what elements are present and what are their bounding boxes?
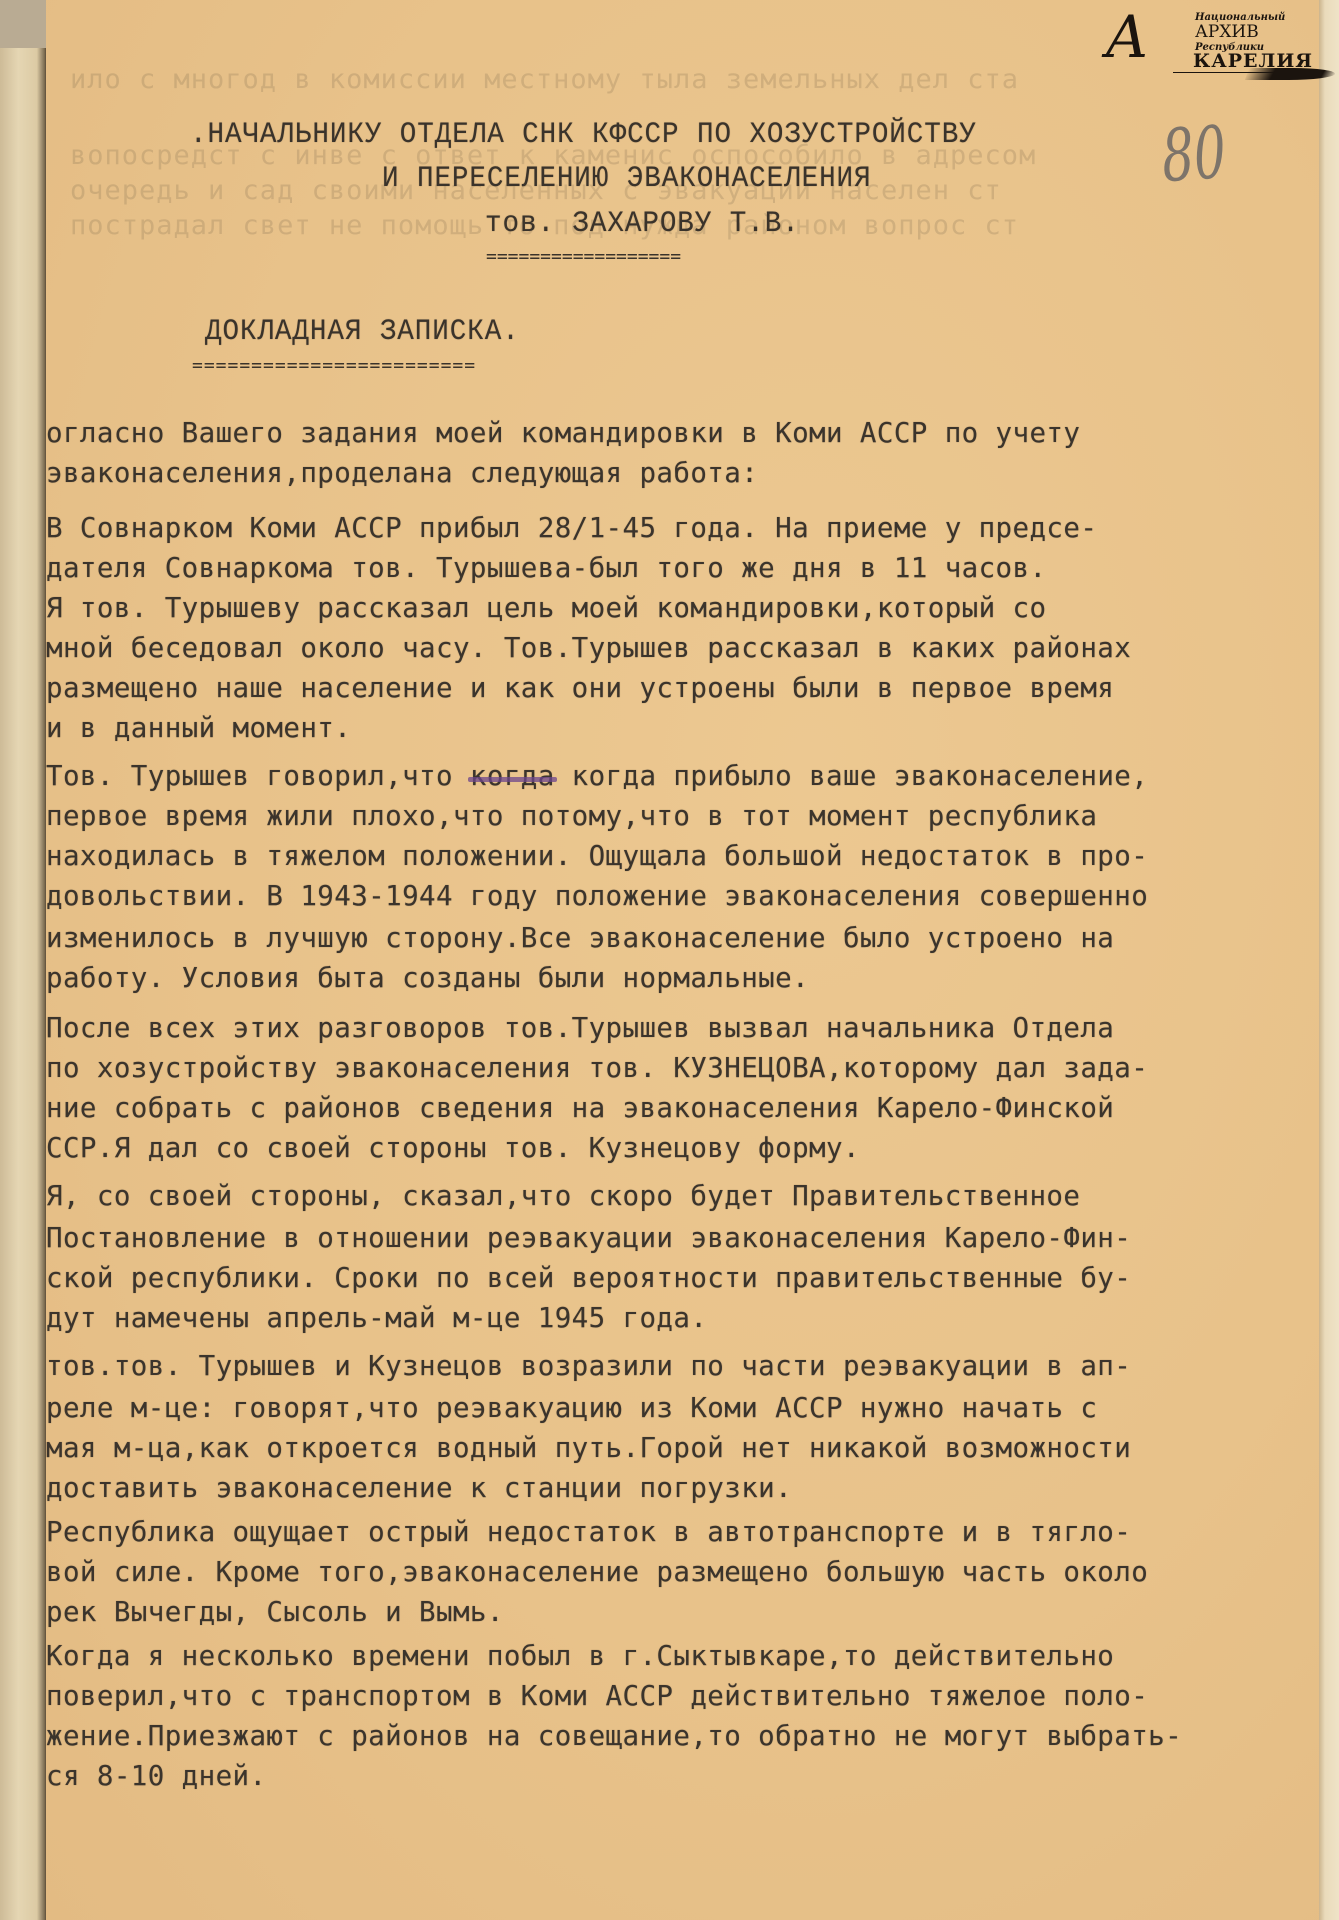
- body-line: мной беседовал около часу. Тов.Турышев р…: [46, 632, 1131, 664]
- body-line-start: Тов. Турышев говорил,что: [46, 760, 470, 792]
- body-line: реле м-це: говорят,что реэвакуацию из Ко…: [46, 1392, 1097, 1424]
- body-line: огласно Вашего задания моей командировки…: [46, 417, 1080, 449]
- body-line: В Совнарком Коми АССР прибыл 28/1-45 год…: [46, 512, 1097, 544]
- addressee-line-2: И ПЕРЕСЕЛЕНИЮ ЭВАКОНАСЕЛЕНИЯ: [382, 162, 872, 196]
- body-line: поверил,что с транспортом в Коми АССР де…: [46, 1680, 1148, 1712]
- body-line: Когда я несколько времени побыл в г.Сыкт…: [46, 1640, 1114, 1672]
- struck-word: когда: [470, 760, 555, 792]
- binding-shadow: [0, 0, 46, 48]
- body-line: дателя Совнаркома тов. Турышева-был того…: [46, 552, 1046, 584]
- logo-initial: А: [1105, 8, 1149, 66]
- body-line: тов.тов. Турышев и Кузнецов возразили по…: [46, 1350, 1131, 1382]
- body-line: находилась в тяжелом положении. Ощущала …: [46, 840, 1148, 872]
- body-line: жение.Приезжают с районов на совещание,т…: [46, 1720, 1182, 1752]
- bleed-through-text: ило с многод в комиссии местному тыла зе…: [70, 64, 1019, 95]
- body-line: и в данный момент.: [46, 712, 351, 744]
- body-line: размещено наше население и как они устро…: [46, 672, 1114, 704]
- body-line: Я тов. Турышеву рассказал цель моей кома…: [46, 592, 1046, 624]
- body-line: рек Вычегды, Сысоль и Вымь.: [46, 1596, 504, 1628]
- archive-page-number: 80: [1159, 110, 1229, 198]
- body-line: изменилось в лучшую сторону.Все эваконас…: [46, 922, 1114, 954]
- document-page: [46, 0, 1319, 1920]
- body-line: первое время жили плохо,что потому,что в…: [46, 800, 1097, 832]
- body-line: по хозустройству эваконаселения тов. КУЗ…: [46, 1052, 1148, 1084]
- body-line: ся 8-10 дней.: [46, 1760, 266, 1792]
- body-line: дут намечены апрель-май м-це 1945 года.: [46, 1302, 707, 1334]
- title-rule: ========================: [192, 355, 476, 376]
- body-line: мая м-ца,как откроется водный путь.Горой…: [46, 1432, 1131, 1464]
- body-line: эваконаселения,проделана следующая работ…: [46, 457, 758, 489]
- archive-logo: А Национальный АРХИВ Республики КАРЕЛИЯ: [1097, 4, 1337, 84]
- quill-icon: [1245, 68, 1337, 80]
- body-line: доставить эваконаселение к станции погру…: [46, 1472, 792, 1504]
- next-page-edge: [1319, 0, 1339, 1920]
- body-line: ние собрать с районов сведения на эвакон…: [46, 1092, 1114, 1124]
- body-line: Я, со своей стороны, сказал,что скоро бу…: [46, 1180, 1080, 1212]
- body-line: ской республики. Сроки по всей вероятнос…: [46, 1262, 1131, 1294]
- body-line: довольствии. В 1943-1944 году положение …: [46, 880, 1148, 912]
- body-line: работу. Условия быта созданы были нормал…: [46, 962, 809, 994]
- body-line-with-strikethrough: Тов. Турышев говорил,что когда когда при…: [46, 760, 1148, 792]
- logo-archive: АРХИВ: [1195, 22, 1259, 42]
- body-line: После всех этих разговоров тов.Турышев в…: [46, 1012, 1114, 1044]
- body-line: Республика ощущает острый недостаток в а…: [46, 1516, 1131, 1548]
- body-line: ССР.Я дал со своей стороны тов. Кузнецов…: [46, 1132, 860, 1164]
- addressee-line-1: .НАЧАЛЬНИКУ ОТДЕЛА СНК КФССР ПО ХОЗУСТРО…: [190, 118, 977, 152]
- body-line: вой силе. Кроме того,эваконаселение разм…: [46, 1556, 1148, 1588]
- body-line: Постановление в отношении реэвакуации эв…: [46, 1222, 1131, 1254]
- binding-strip: [0, 0, 46, 1920]
- body-line-end: когда прибыло ваше эваконаселение,: [555, 760, 1148, 792]
- addressee-name: тов. ЗАХАРОВУ Т.В.: [485, 207, 800, 241]
- addressee-rule: ==================: [486, 246, 681, 267]
- document-title: ДОКЛАДНАЯ ЗАПИСКА.: [205, 315, 520, 349]
